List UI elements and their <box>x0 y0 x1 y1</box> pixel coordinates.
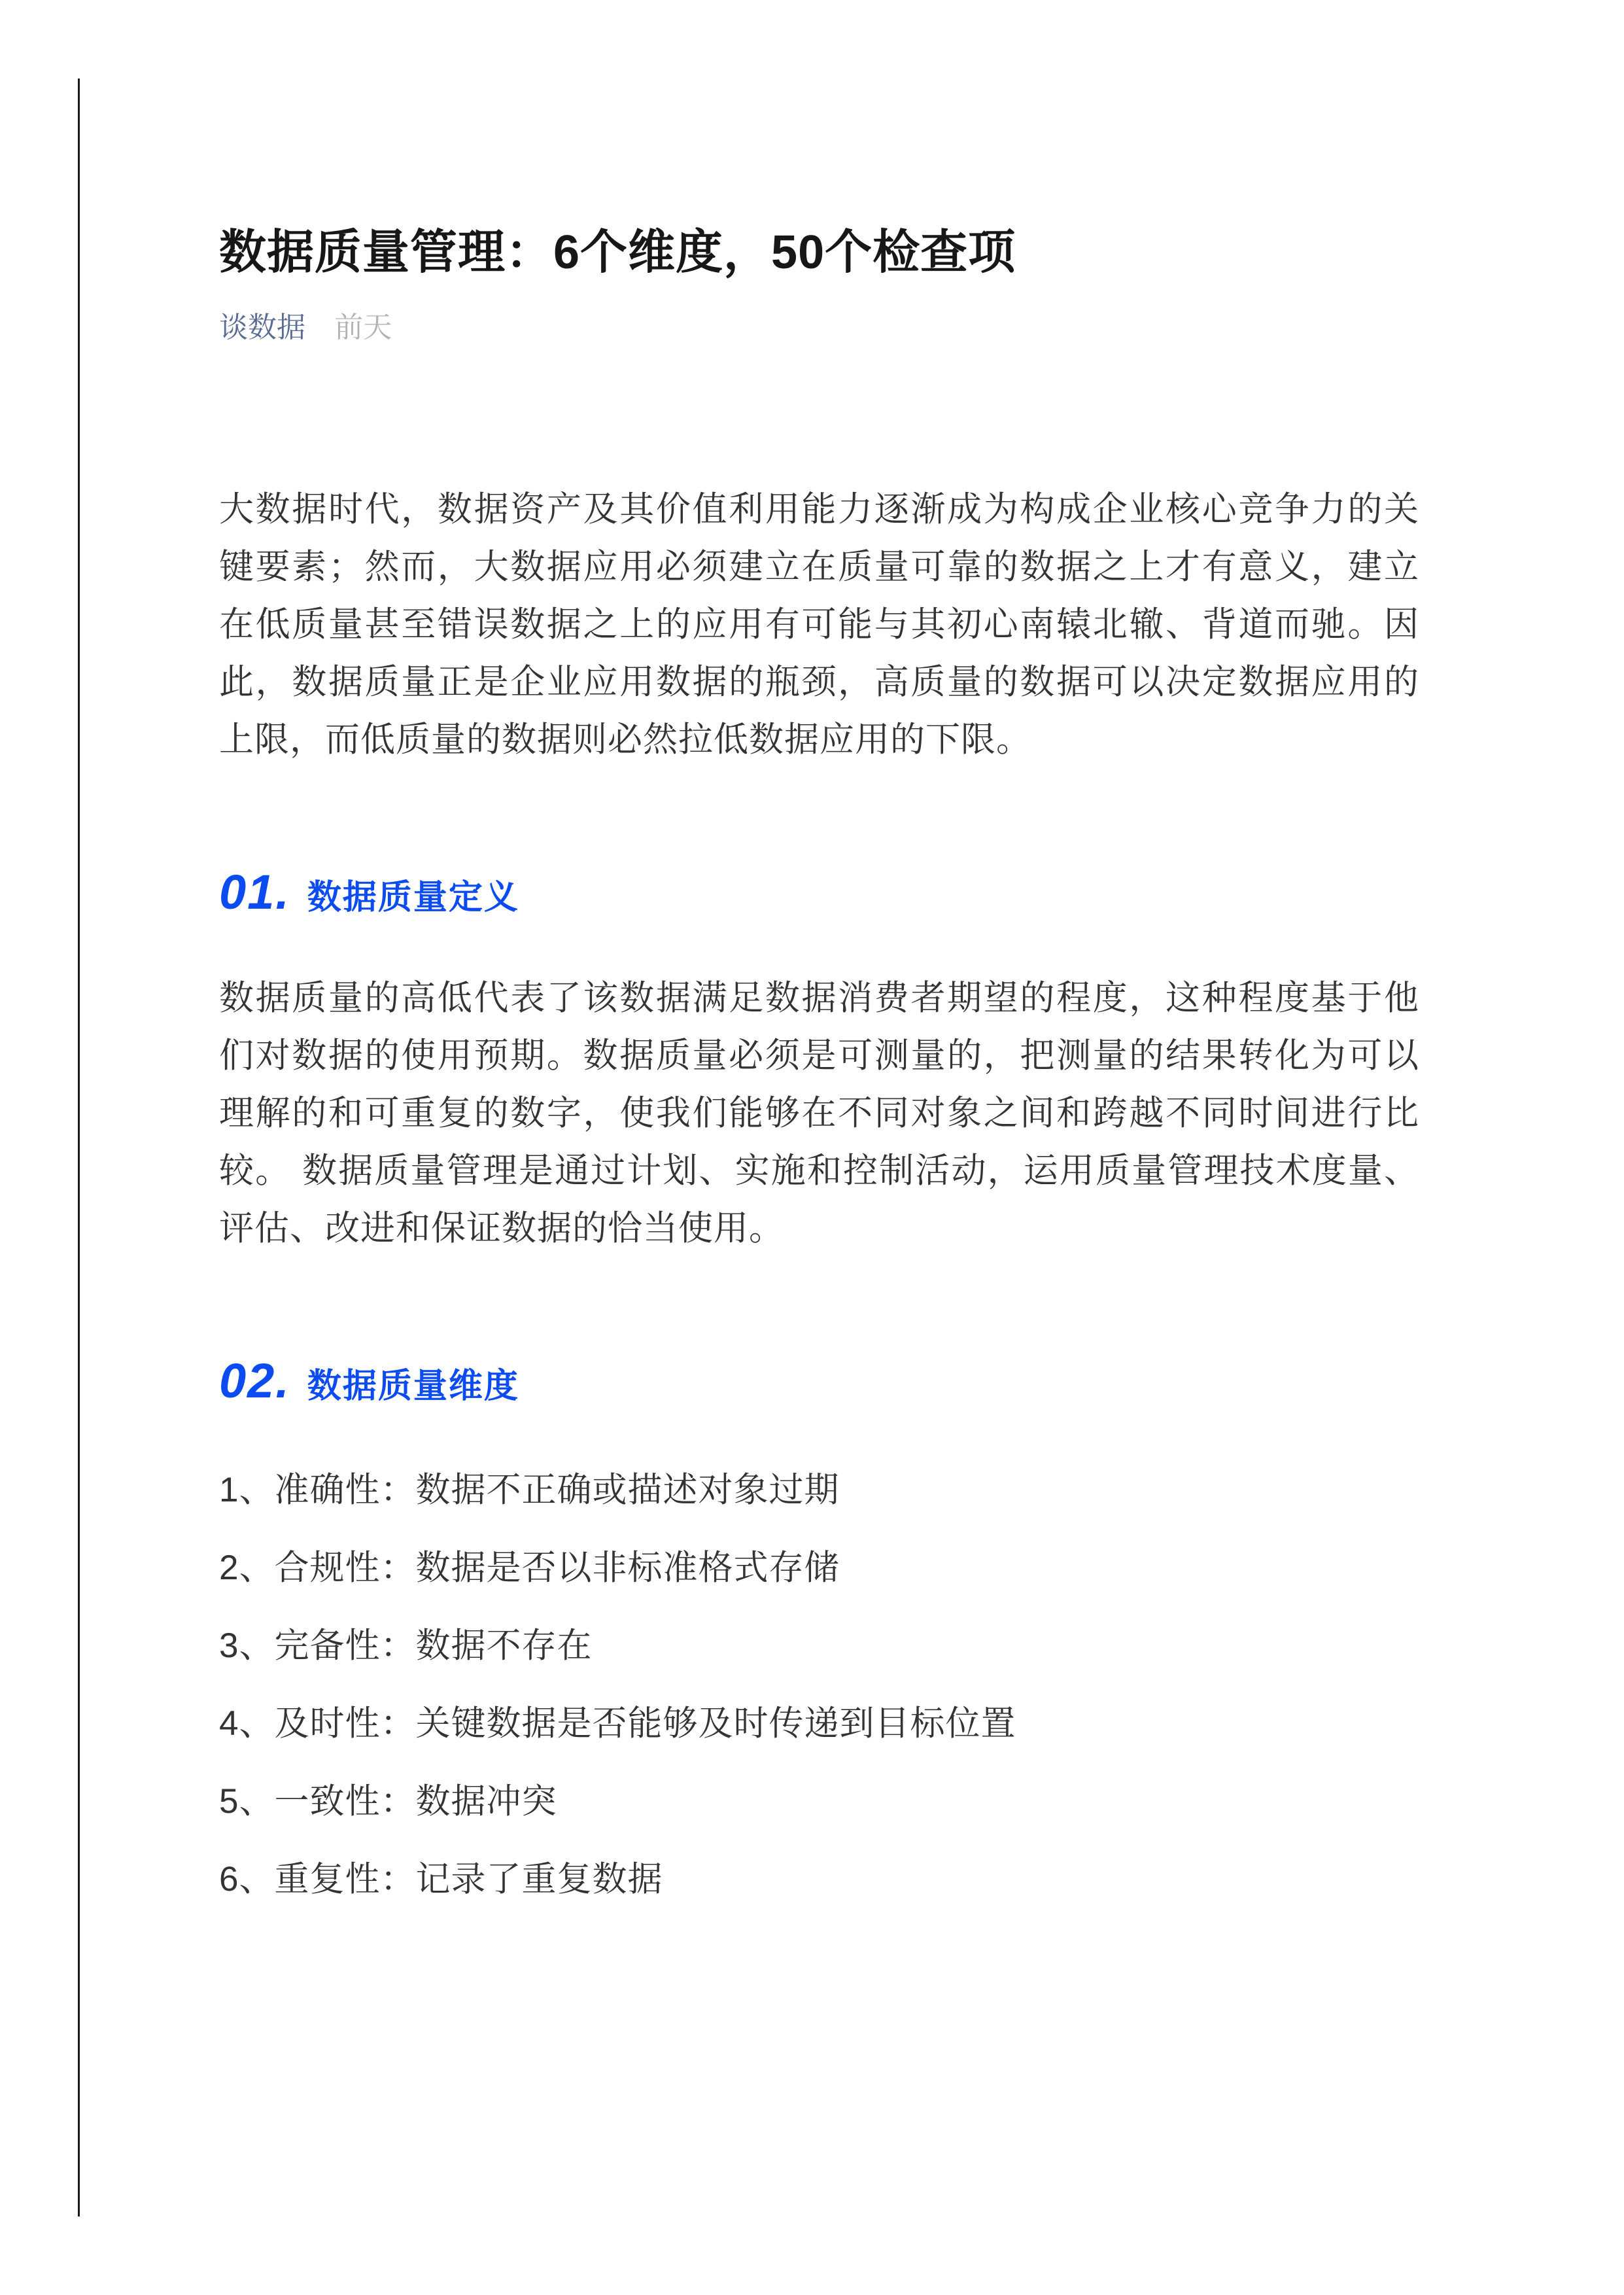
article-page: 数据质量管理：6个维度，50个检查项 谈数据 前天 大数据时代，数据资产及其价值… <box>0 0 1624 2295</box>
section-1-number: 01. <box>219 864 290 920</box>
list-item: 3、完备性：数据不存在 <box>219 1624 1419 1668</box>
publish-time: 前天 <box>334 311 392 343</box>
section-1-heading: 01. 数据质量定义 <box>219 864 1419 920</box>
article-content: 数据质量管理：6个维度，50个检查项 谈数据 前天 大数据时代，数据资产及其价值… <box>219 0 1419 1936</box>
section-1-body: 数据质量的高低代表了该数据满足数据消费者期望的程度，这种程度基于他们对数据的使用… <box>219 970 1419 1257</box>
section-2-title: 数据质量维度 <box>307 1358 519 1407</box>
list-item: 2、合规性：数据是否以非标准格式存储 <box>219 1547 1419 1590</box>
page-left-border-rule <box>78 79 80 2216</box>
list-item: 4、及时性：关键数据是否能够及时传递到目标位置 <box>219 1702 1419 1745</box>
account-name-link[interactable]: 谈数据 <box>219 311 305 343</box>
list-item: 1、准确性：数据不正确或描述对象过期 <box>219 1469 1419 1512</box>
byline: 谈数据 前天 <box>219 312 1419 343</box>
section-1-title: 数据质量定义 <box>307 869 519 919</box>
section-2-heading: 02. 数据质量维度 <box>219 1353 1419 1409</box>
list-item: 6、重复性：记录了重复数据 <box>219 1858 1419 1901</box>
article-title: 数据质量管理：6个维度，50个检查项 <box>219 226 1419 279</box>
list-item: 5、一致性：数据冲突 <box>219 1780 1419 1823</box>
section-2-number: 02. <box>219 1353 290 1409</box>
dimension-list: 1、准确性：数据不正确或描述对象过期 2、合规性：数据是否以非标准格式存储 3、… <box>219 1469 1419 1901</box>
intro-paragraph: 大数据时代，数据资产及其价值利用能力逐渐成为构成企业核心竞争力的关键要素；然而，… <box>219 481 1419 769</box>
